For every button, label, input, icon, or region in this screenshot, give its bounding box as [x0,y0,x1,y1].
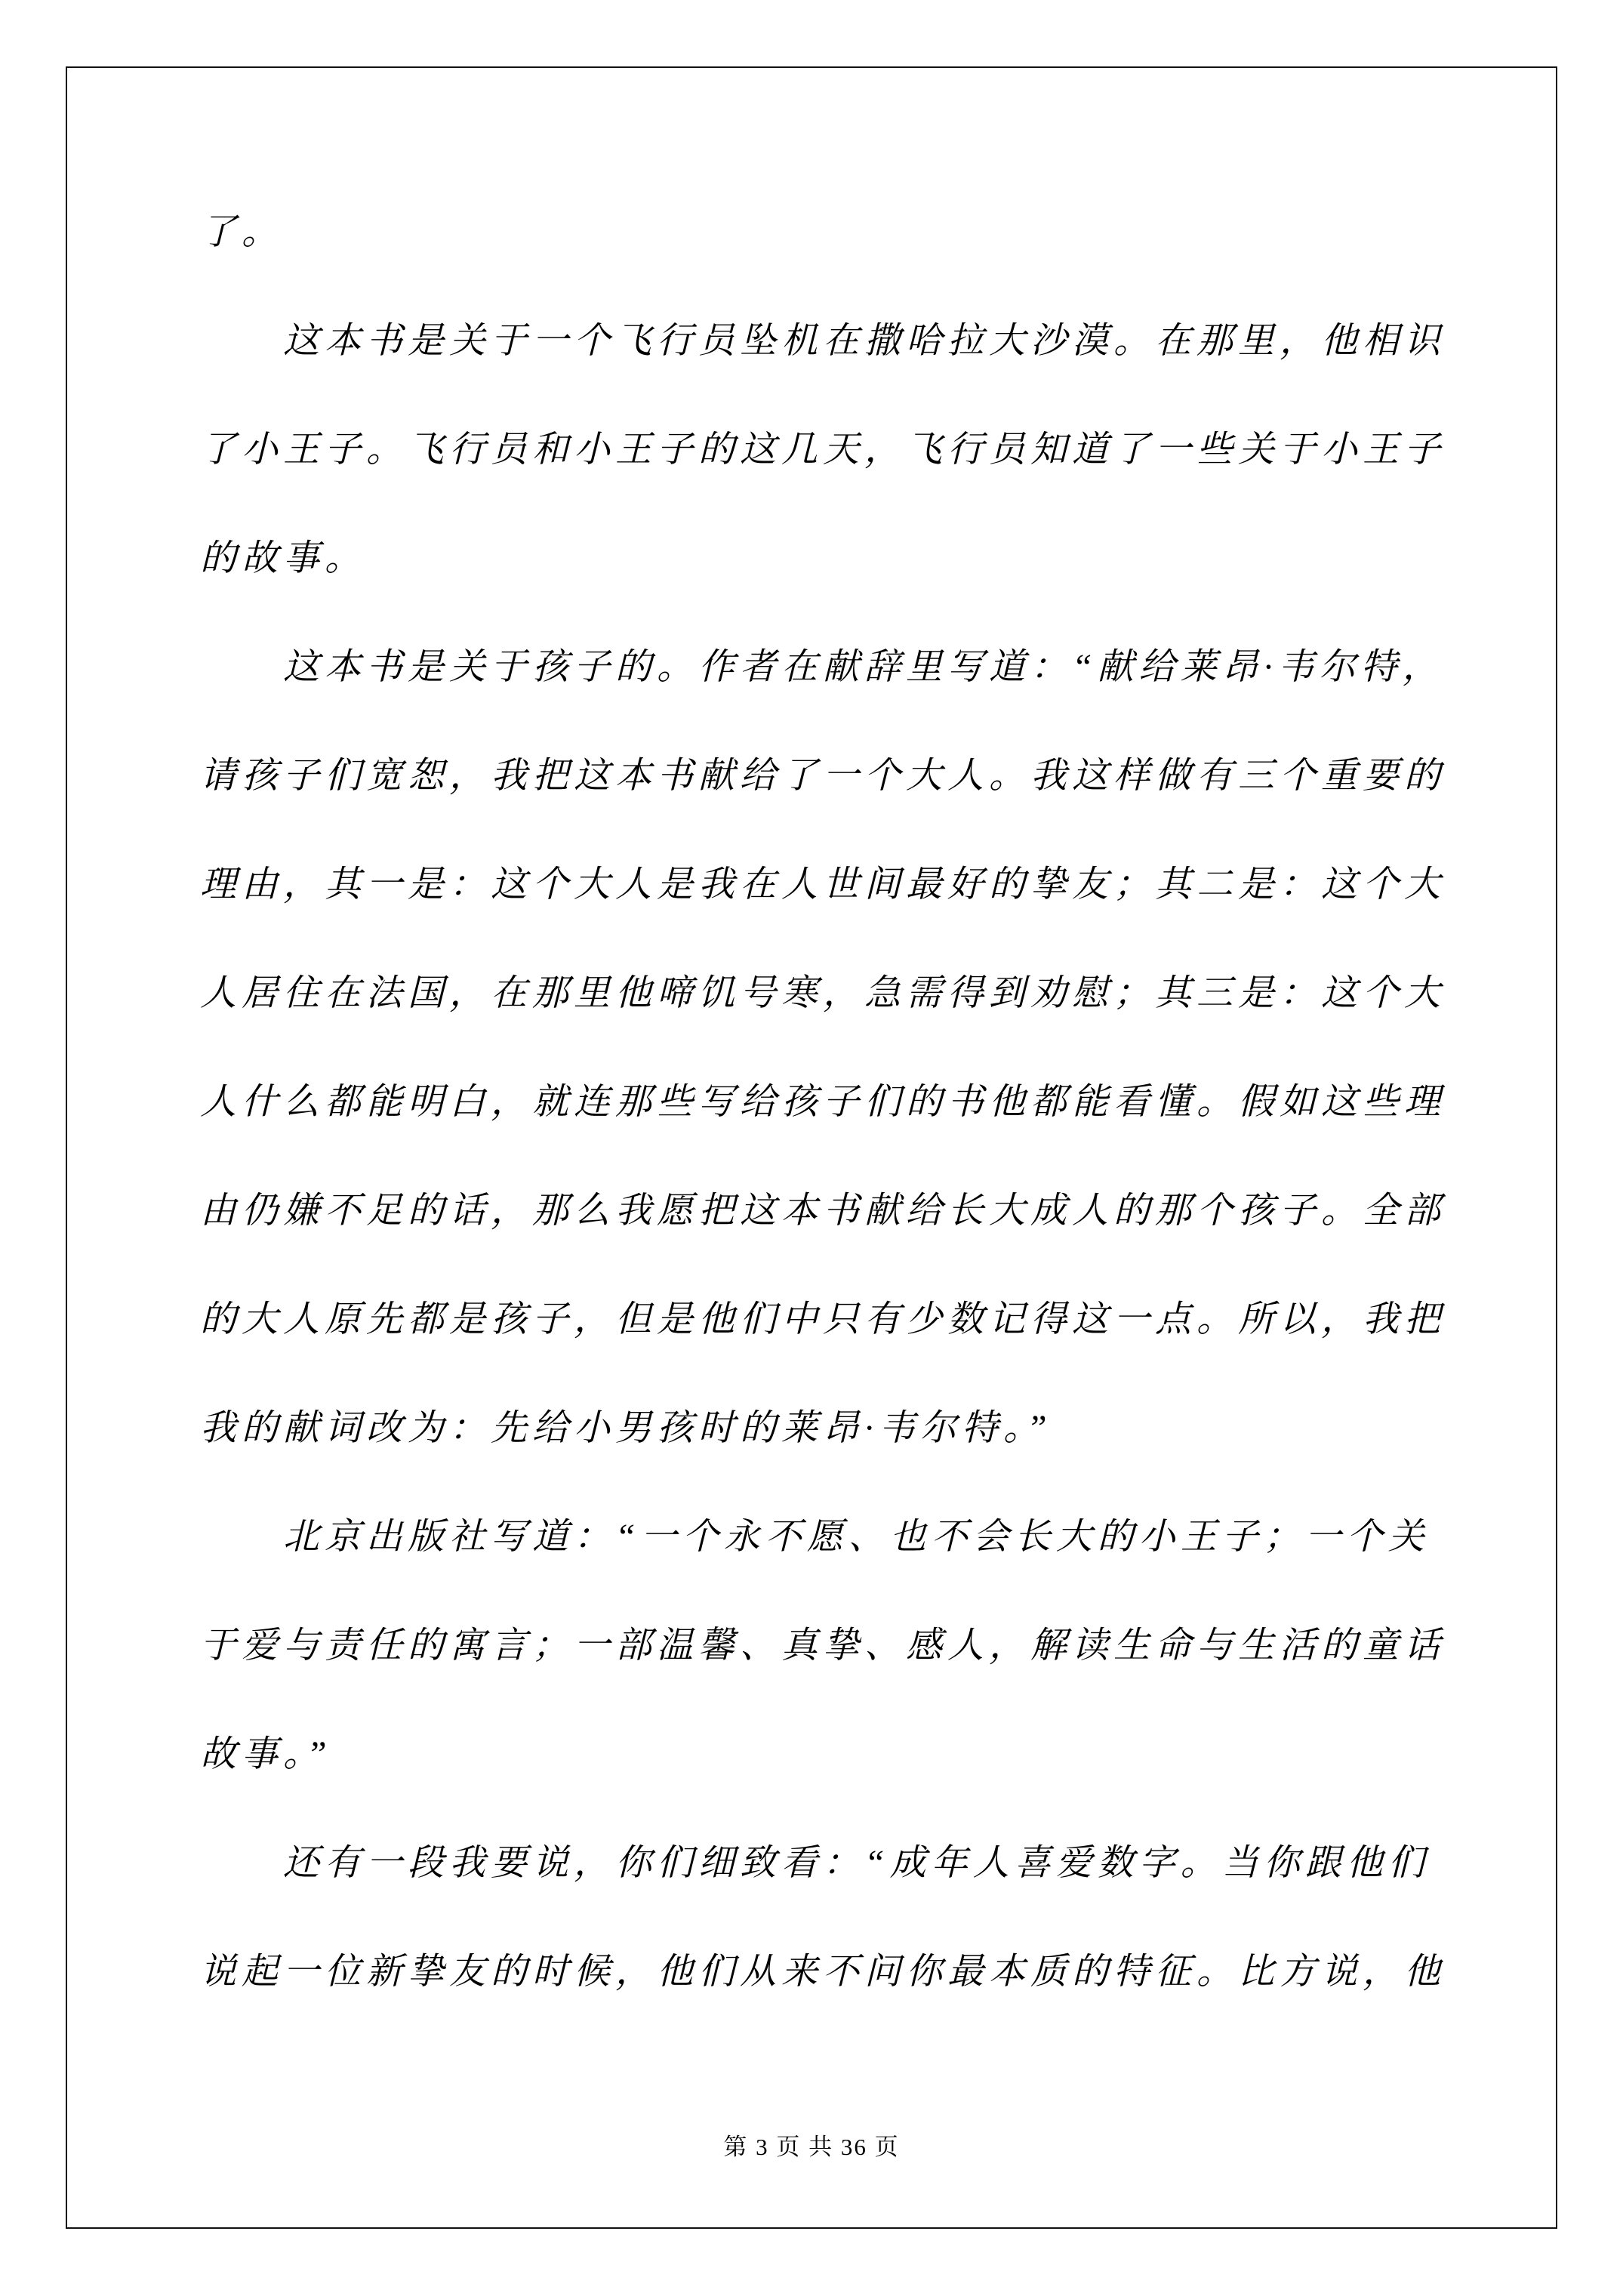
text-line: 人居住在法国，在那里他啼饥号寒，急需得到劝慰；其三是：这个大 [200,939,1453,1048]
body-text-area: 了。这本书是关于一个飞行员坠机在撒哈拉大沙漠。在那里，他相识了小王子。飞行员和小… [200,178,1453,2026]
text-line: 这本书是关于一个飞行员坠机在撒哈拉大沙漠。在那里，他相识 [200,287,1453,396]
page-footer: 第 3 页 共 36 页 [67,2128,1556,2162]
document-page: { "page": { "footer_text": "第 3 页 共 36 页… [0,0,1623,2296]
text-line: 了小王子。飞行员和小王子的这几天，飞行员知道了一些关于小王子 [200,396,1453,504]
text-line: 于爱与责任的寓言；一部温馨、真挚、感人，解读生命与生活的童话 [200,1592,1453,1700]
text-line: 的故事。 [200,504,1453,613]
text-line: 由仍嫌不足的话，那么我愿把这本书献给长大成人的那个孩子。全部 [200,1157,1453,1265]
text-line: 这本书是关于孩子的。作者在献辞里写道：“献给莱昂·韦尔特， [200,613,1453,722]
text-line: 请孩子们宽恕，我把这本书献给了一个大人。我这样做有三个重要的 [200,722,1453,831]
text-line: 我的献词改为：先给小男孩时的莱昂·韦尔特。” [200,1374,1453,1483]
text-line: 说起一位新挚友的时候，他们从来不问你最本质的特征。比方说，他 [200,1918,1453,2026]
text-line: 北京出版社写道：“一个永不愿、也不会长大的小王子；一个关 [200,1483,1453,1592]
text-line: 故事。” [200,1700,1453,1809]
text-line: 人什么都能明白，就连那些写给孩子们的书他都能看懂。假如这些理 [200,1048,1453,1157]
text-line: 的大人原先都是孩子，但是他们中只有少数记得这一点。所以，我把 [200,1265,1453,1374]
page-border-frame: 了。这本书是关于一个飞行员坠机在撒哈拉大沙漠。在那里，他相识了小王子。飞行员和小… [66,66,1557,2229]
text-line: 了。 [200,178,1453,287]
text-line: 理由，其一是：这个大人是我在人世间最好的挚友；其二是：这个大 [200,831,1453,939]
page-number-text: 第 3 页 共 36 页 [723,2134,899,2160]
text-line: 还有一段我要说，你们细致看：“成年人喜爱数字。当你跟他们 [200,1809,1453,1918]
